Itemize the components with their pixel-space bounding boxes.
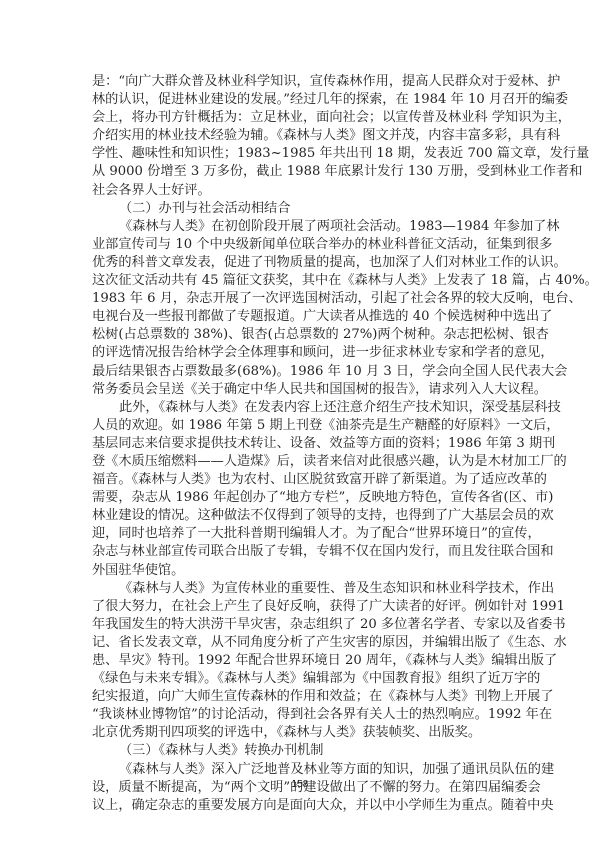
text-line: 此外，《森林与人类》在发表内容上还注意介绍生产技术知识，深受基层科技 [92, 399, 512, 417]
text-line: 电视台及一些报刊都做了专题报道。广大读者从推选的 40 个候选树种中选出了 [92, 308, 512, 326]
text-line: 从 9000 份增至 3 万多份，截止 1988 年底累计发行 130 万册，受… [92, 163, 512, 181]
text-line: 林业建设的情况。这种做法不仅得到了领导的支持，也得到了广大基层会员的欢 [92, 507, 512, 525]
text-line: 这次征文活动共有 45 篇征文获奖，其中在《森林与人类》上发表了 18 篇，占 … [92, 272, 512, 290]
text-line: 业部宣传司与 10 个中央级新闻单位联合举办的林业科普征文活动，征集到很多 [92, 236, 512, 254]
text-line: 北京优秀期刊四项奖的评选中，《森林与人类》获装帧奖、出版奖。 [92, 724, 512, 742]
text-line: 常务委员会呈送《关于确定中华人民共和国国树的报告》，请求列入人大议程。 [92, 381, 512, 399]
document-page: 是：“向广大群众普及林业科学知识，宣传森林作用，提高人民群众对于爱林、护林的认识… [0, 0, 600, 848]
text-line: 需要，杂志从 1986 年起创办了“地方专栏”，反映地方特色，宣传各省(区、市) [92, 489, 512, 507]
text-line: 《绿色与未来专辑》。《森林与人类》编辑部为《中国教育报》组织了近万字的 [92, 670, 512, 688]
text-line: 杂志与林业部宣传司联合出版了专辑，专辑不仅在国内发行，而且发往联合国和 [92, 543, 512, 561]
text-line: 福音。《森林与人类》也为农村、山区脱贫致富开辟了新渠道。为了适应改革的 [92, 471, 512, 489]
body-text: 是：“向广大群众普及林业科学知识，宣传森林作用，提高人民群众对于爱林、护林的认识… [92, 73, 512, 815]
text-line: 《森林与人类》在初创阶段开展了两项社会活动。1983—1984 年参加了林 [92, 218, 512, 236]
text-line: 迎，同时也培养了一大批科普期刊编辑人才。为了配合“世界环境日”的宣传， [92, 525, 512, 543]
text-line: 最后结果银杏占票数最多(68%)。1986 年 10 月 3 日，学会向全国人民… [92, 363, 512, 381]
text-line: 议上，确定杂志的重要发展方向是面向大众，并以中小学师生为重点。随着中央 [92, 797, 512, 815]
page-number: 158 [0, 779, 600, 790]
text-line: 患、旱灾》特刊。1992 年配合世界环境日 20 周年，《森林与人类》编辑出版了 [92, 652, 512, 670]
text-line: 基层同志来信要求提供技术转让、设备、效益等方面的资料；1986 年第 3 期刊 [92, 435, 512, 453]
text-line: 外国驻华使馆。 [92, 562, 512, 580]
text-line: 的评选情况报告给林学会全体理事和顾问，进一步征求林业专家和学者的意见， [92, 344, 512, 362]
text-line: 登《木质压缩燃料——人造煤》后，读者来信对此很感兴趣，认为是木材加工厂的 [92, 453, 512, 471]
section-heading: （三）《森林与人类》转换办刊机制 [92, 742, 512, 760]
text-line: 了很大努力，在社会上产生了良好反响，获得了广大读者的好评。例如针对 1991 [92, 598, 512, 616]
text-line: 优秀的科普文章发表，促进了刊物质量的提高，也加深了人们对林业工作的认识。 [92, 254, 512, 272]
text-line: 《森林与人类》为宣传林业的重要性、普及生态知识和林业科学技术，作出 [92, 580, 512, 598]
text-line: 松树(占总票数的 38%)、银杏(占总票数的 27%)两个树种。杂志把松树、银杏 [92, 326, 512, 344]
text-line: 记、省长发表文章，从不同角度分析了产生灾害的原因，并编辑出版了《生态、水 [92, 634, 512, 652]
text-line: 纪实报道，向广大师生宣传森林的作用和效益；在《森林与人类》刊物上开展了 [92, 688, 512, 706]
text-line: 社会各界人士好评。 [92, 182, 512, 200]
text-line: 介绍实用的林业技术经验为辅。《森林与人类》图文并茂，内容丰富多彩，具有科 [92, 127, 512, 145]
text-line: 人员的欢迎。如 1986 年第 5 期上刊登《油茶壳是生产糖醛的好原料》一文后， [92, 417, 512, 435]
text-line: “我谈林业博物馆”的讨论活动，得到社会各界有关人士的热烈响应。1992 年在 [92, 706, 512, 724]
section-heading: （二）办刊与社会活动相结合 [92, 200, 512, 218]
text-line: 林的认识，促进林业建设的发展。”经过几年的探索，在 1984 年 10 月召开的… [92, 91, 512, 109]
text-line: 是：“向广大群众普及林业科学知识，宣传森林作用，提高人民群众对于爱林、护 [92, 73, 512, 91]
text-line: 年我国发生的特大洪涝干旱灾害，杂志组织了 20 多位著名学者、专家以及省委书 [92, 616, 512, 634]
text-line: 学性、趣味性和知识性；1983~1985 年共出刊 18 期，发表近 700 篇… [92, 145, 512, 163]
text-line: 1983 年 6 月，杂志开展了一次评选国树活动，引起了社会各界的较大反响，电台… [92, 290, 512, 308]
text-line: 会上，将办刊方针概括为：立足林业，面向社会；以宣传普及林业科 学知识为主， [92, 109, 512, 127]
text-line: 《森林与人类》深入广泛地普及林业等方面的知识，加强了通讯员队伍的建 [92, 761, 512, 779]
